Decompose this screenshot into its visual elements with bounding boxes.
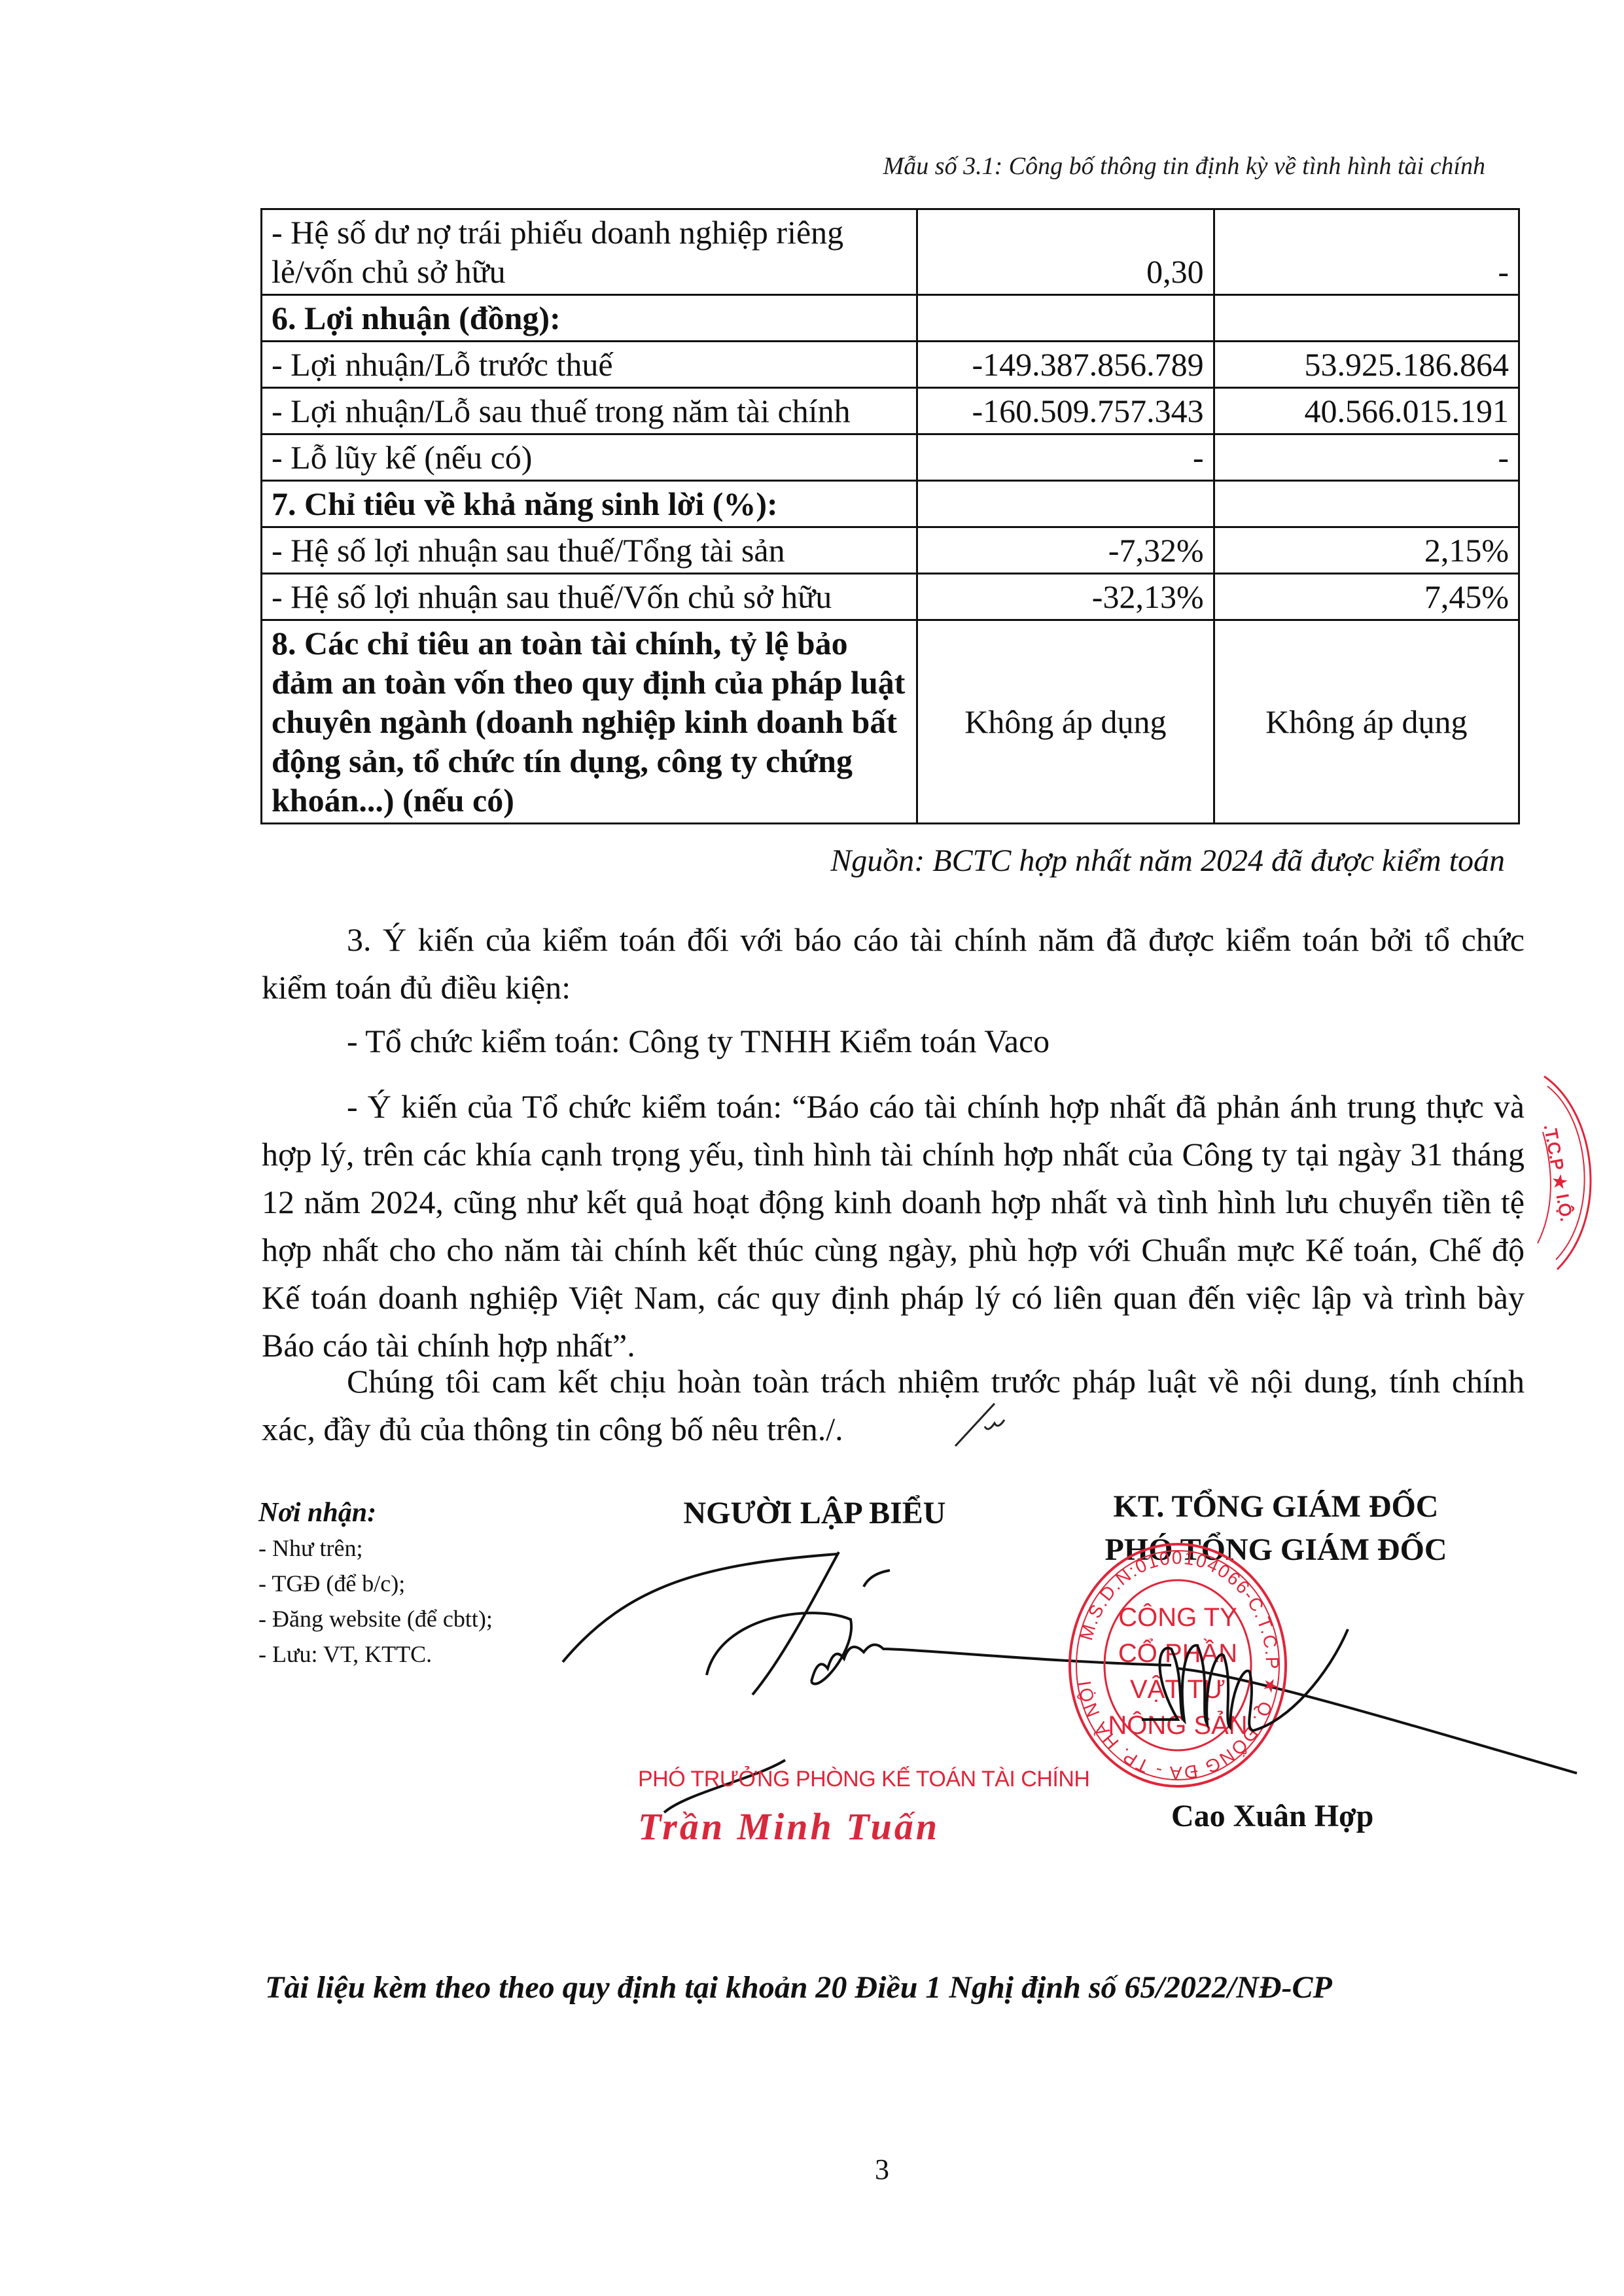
indicator-label: - Lỗ lũy kế (nếu có) xyxy=(262,434,917,481)
section-row: 7. Chỉ tiêu về khả năng sinh lời (%): xyxy=(262,481,1519,527)
recipient-item: - Lưu: VT, KTTC. xyxy=(258,1636,493,1672)
current-year-value: -149.387.856.789 xyxy=(917,342,1214,388)
prior-year-value xyxy=(1214,481,1519,527)
indicator-label: - Hệ số lợi nhuận sau thuế/Tổng tài sản xyxy=(262,527,917,574)
indicator-label: - Hệ số dư nợ trái phiếu doanh nghiệp ri… xyxy=(262,209,917,295)
financial-indicators-table: - Hệ số dư nợ trái phiếu doanh nghiệp ri… xyxy=(260,208,1520,824)
company-seal-icon: M.S.D.N:0100104066-C.T.C.P ★ Q. ĐỐNG ĐA … xyxy=(1070,1544,1286,1786)
section-row: 8. Các chỉ tiêu an toàn tài chính, tỷ lệ… xyxy=(262,620,1519,824)
recipient-item: - Như trên; xyxy=(258,1530,493,1566)
approver-title-block: KT. TỔNG GIÁM ĐỐC PHÓ TỔNG GIÁM ĐỐC xyxy=(1060,1485,1492,1572)
approver-title-line2: PHÓ TỔNG GIÁM ĐỐC xyxy=(1060,1528,1492,1572)
table-row: - Hệ số dư nợ trái phiếu doanh nghiệp ri… xyxy=(262,209,1519,295)
svg-text:NÔNG SẢN: NÔNG SẢN xyxy=(1108,1710,1247,1740)
preparer-title: NGƯỜI LẬP BIỂU xyxy=(661,1492,968,1535)
indicator-label: - Hệ số lợi nhuận sau thuế/Vốn chủ sở hữ… xyxy=(262,574,917,620)
svg-text:CỔ PHẦN: CỔ PHẦN xyxy=(1118,1637,1237,1668)
auditor-opinion: - Ý kiến của Tổ chức kiểm toán: “Báo cáo… xyxy=(262,1083,1525,1369)
prior-year-value: 53.925.186.864 xyxy=(1214,342,1519,388)
svg-text:.T.C.P ★ I.Ộ.: .T.C.P ★ I.Ộ. xyxy=(1540,1123,1577,1223)
prior-year-value: Không áp dụng xyxy=(1214,620,1519,824)
audit-opinion-heading: 3. Ý kiến của kiểm toán đối với báo cáo … xyxy=(262,916,1525,1012)
prior-year-value: - xyxy=(1214,209,1519,295)
prior-year-value: 7,45% xyxy=(1214,574,1519,620)
prior-year-value xyxy=(1214,295,1519,342)
page-number: 3 xyxy=(875,2153,889,2186)
svg-text:M.S.D.N:0100104066-C.T.C.P ★ Q: M.S.D.N:0100104066-C.T.C.P ★ Q. ĐỐNG ĐA … xyxy=(1073,1547,1282,1783)
commitment-statement: Chúng tôi cam kết chịu hoàn toàn trách n… xyxy=(262,1358,1525,1453)
prior-year-value: - xyxy=(1214,434,1519,481)
current-year-value xyxy=(917,481,1214,527)
current-year-value: Không áp dụng xyxy=(917,620,1214,824)
approver-title-line1: KT. TỔNG GIÁM ĐỐC xyxy=(1060,1485,1492,1528)
form-number-note: Mẫu số 3.1: Công bố thông tin định kỳ về… xyxy=(883,152,1485,181)
preparer-name-stamp: Trần Minh Tuấn xyxy=(638,1805,940,1848)
recipients-title: Nơi nhận: xyxy=(258,1495,493,1530)
svg-text:VẬT TƯ: VẬT TƯ xyxy=(1130,1674,1226,1704)
table-row: - Hệ số lợi nhuận sau thuế/Tổng tài sản-… xyxy=(262,527,1519,574)
auditor-name: - Tổ chức kiểm toán: Công ty TNHH Kiểm t… xyxy=(262,1017,1525,1065)
indicator-label: - Lợi nhuận/Lỗ sau thuế trong năm tài ch… xyxy=(262,388,917,434)
attachment-legal-note: Tài liệu kèm theo theo quy định tại khoả… xyxy=(265,1969,1332,2005)
partial-seal-icon: .T.C.P ★ I.Ộ. xyxy=(1538,1076,1591,1269)
current-year-value: -32,13% xyxy=(917,574,1214,620)
svg-text:CÔNG TY: CÔNG TY xyxy=(1118,1602,1237,1632)
table-row: - Lợi nhuận/Lỗ trước thuế-149.387.856.78… xyxy=(262,342,1519,388)
section-row: 6. Lợi nhuận (đồng): xyxy=(262,295,1519,342)
approver-signature-icon xyxy=(1142,1629,1348,1731)
recipients-block: Nơi nhận: - Như trên; - TGĐ (để b/c); - … xyxy=(258,1495,493,1672)
approver-name: Cao Xuân Hợp xyxy=(1171,1798,1373,1834)
source-note: Nguồn: BCTC hợp nhất năm 2024 đã được ki… xyxy=(830,843,1505,879)
current-year-value: 0,30 xyxy=(917,209,1214,295)
table-row: - Lỗ lũy kế (nếu có)-- xyxy=(262,434,1519,481)
current-year-value: - xyxy=(917,434,1214,481)
indicator-label: 6. Lợi nhuận (đồng): xyxy=(262,295,917,342)
indicator-label: 7. Chỉ tiêu về khả năng sinh lời (%): xyxy=(262,481,917,527)
preparer-position-stamp: PHÓ TRƯỞNG PHÒNG KẾ TOÁN TÀI CHÍNH xyxy=(638,1767,1089,1792)
indicator-label: 8. Các chỉ tiêu an toàn tài chính, tỷ lệ… xyxy=(262,620,917,824)
recipient-item: - Đăng website (để cbtt); xyxy=(258,1601,493,1636)
table-row: - Hệ số lợi nhuận sau thuế/Vốn chủ sở hữ… xyxy=(262,574,1519,620)
prior-year-value: 2,15% xyxy=(1214,527,1519,574)
table-row: - Lợi nhuận/Lỗ sau thuế trong năm tài ch… xyxy=(262,388,1519,434)
recipient-item: - TGĐ (để b/c); xyxy=(258,1566,493,1601)
current-year-value: -7,32% xyxy=(917,527,1214,574)
current-year-value xyxy=(917,295,1214,342)
prior-year-value: 40.566.015.191 xyxy=(1214,388,1519,434)
current-year-value: -160.509.757.343 xyxy=(917,388,1214,434)
indicator-label: - Lợi nhuận/Lỗ trước thuế xyxy=(262,342,917,388)
